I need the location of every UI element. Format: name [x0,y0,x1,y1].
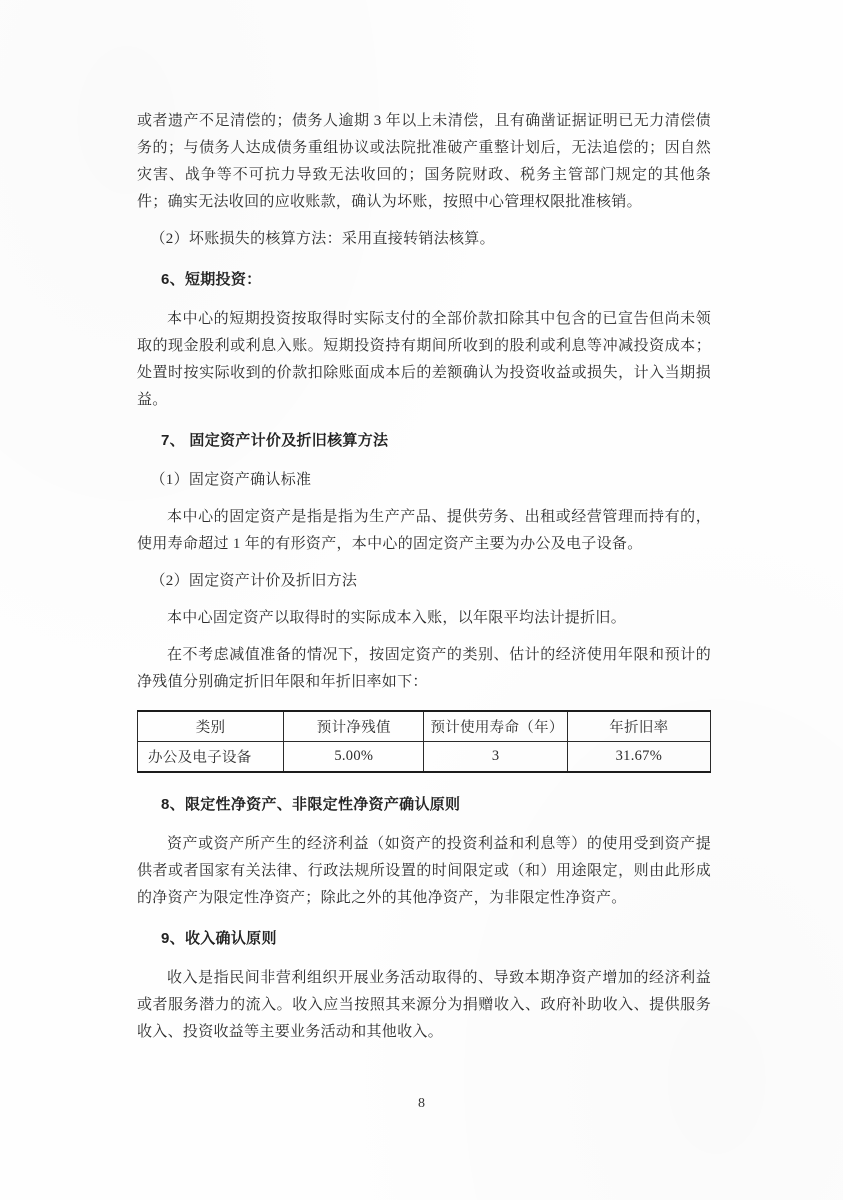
table-cell-residual-value: 5.00% [284,742,424,773]
table-cell-category: 办公及电子设备 [138,742,284,773]
item-fixed-asset-depreciation-method: （2）固定资产计价及折旧方法 [137,568,711,595]
heading-revenue-recognition: 9、收入确认原则 [137,925,711,952]
item-bad-debt-loss-method: （2）坏账损失的核算方法：采用直接转销法核算。 [137,226,711,253]
table-cell-useful-life: 3 [424,742,567,773]
table-header-category: 类别 [138,711,284,742]
paragraph-fixed-asset-cost: 本中心固定资产以取得时的实际成本入账，以年限平均法计提折旧。 [137,605,711,632]
depreciation-table-header-row: 类别 预计净残值 预计使用寿命（年） 年折旧率 [138,711,711,742]
page-number: 8 [0,1096,843,1112]
document-page: 或者遗产不足清偿的；债务人逾期 3 年以上未清偿，且有确凿证据证明已无力清偿债务… [0,0,843,1200]
paragraph-revenue-recognition: 收入是指民间非营利组织开展业务活动取得的、导致本期净资产增加的经济利益或者服务潜… [137,965,711,1046]
table-header-residual-value: 预计净残值 [284,711,424,742]
paragraph-bad-debt-continuation: 或者遗产不足清偿的；债务人逾期 3 年以上未清偿，且有确凿证据证明已无力清偿债务… [137,108,711,216]
heading-short-term-investment: 6、短期投资： [137,266,711,293]
depreciation-table: 类别 预计净残值 预计使用寿命（年） 年折旧率 办公及电子设备 5.00% 3 … [137,710,711,773]
heading-restricted-net-assets: 8、限定性净资产、非限定性净资产确认原则 [137,791,711,818]
document-body: 或者遗产不足清偿的；债务人逾期 3 年以上未清偿，且有确凿证据证明已无力清偿债务… [137,108,711,1056]
paragraph-short-term-investment: 本中心的短期投资按取得时实际支付的全部价款扣除其中包含的已宣告但尚未领取的现金股… [137,306,711,414]
table-header-useful-life: 预计使用寿命（年） [424,711,567,742]
paragraph-restricted-net-assets: 资产或资产所产生的经济利益（如资产的投资利益和利息等）的使用受到资产提供者或者国… [137,831,711,912]
heading-fixed-asset-valuation: 7、 固定资产计价及折旧核算方法 [137,427,711,454]
paragraph-fixed-asset-recognition: 本中心的固定资产是指是指为生产产品、提供劳务、出租或经营管理而持有的，使用寿命超… [137,504,711,558]
table-cell-annual-rate: 31.67% [567,742,710,773]
table-header-annual-rate: 年折旧率 [567,711,710,742]
table-row: 办公及电子设备 5.00% 3 31.67% [138,742,711,773]
item-fixed-asset-recognition: （1）固定资产确认标准 [137,467,711,494]
paragraph-depreciation-intro: 在不考虑减值准备的情况下，按固定资产的类别、估计的经济使用年限和预计的净残值分别… [137,642,711,696]
